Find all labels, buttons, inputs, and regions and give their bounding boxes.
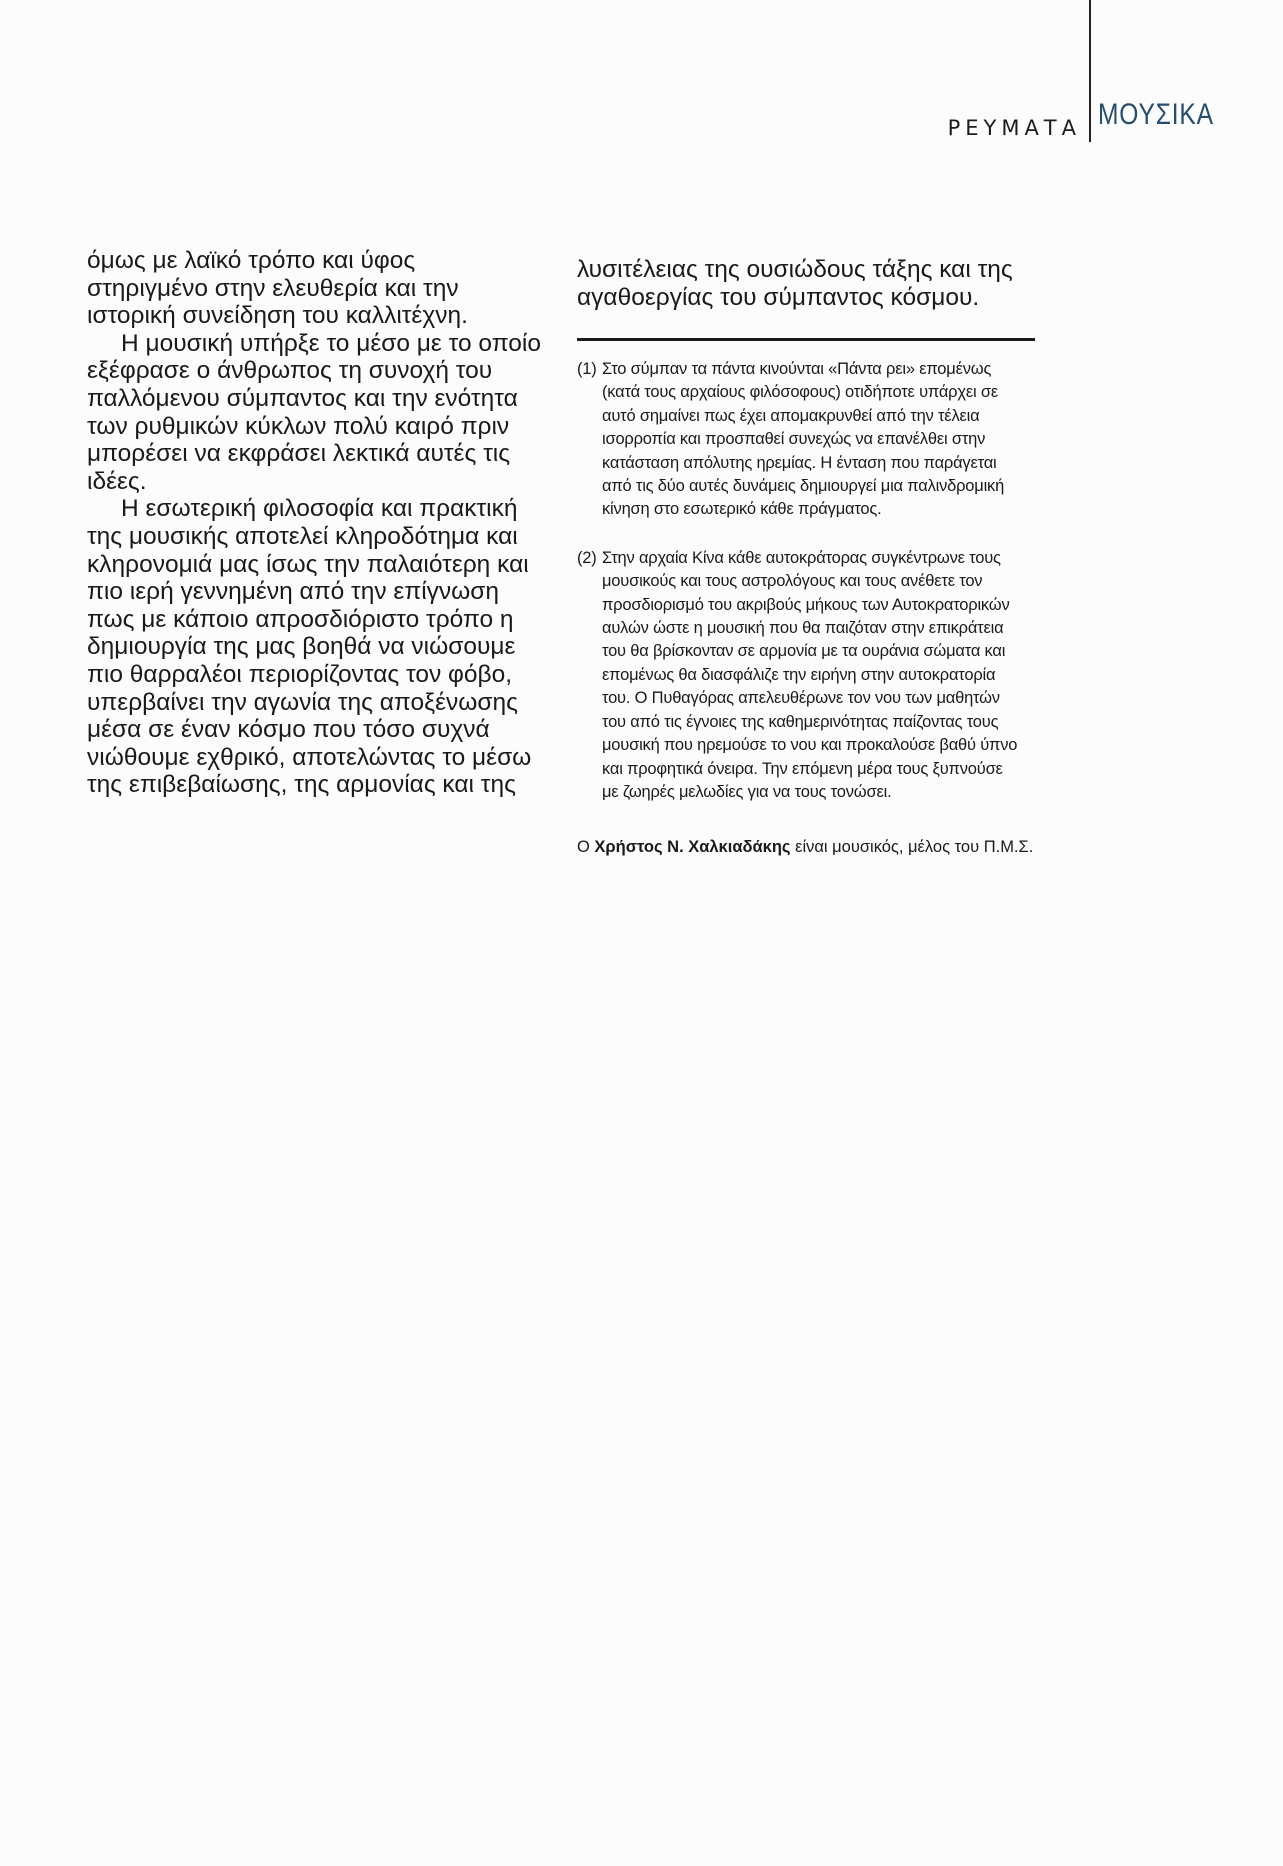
paragraph-line: υπερβαίνει την αγωνία της αποξένωσης (87, 689, 567, 717)
paragraph-line: της επιβεβαίωσης, της αρμονίας και της (87, 771, 567, 799)
footnote-number: (1) (577, 358, 602, 522)
footnote-line: του. Ο Πυθαγόρας απελευθέρωνε τον νου τω… (602, 687, 1047, 710)
footnote: (1)Στο σύμπαν τα πάντα κινούνται «Πάντα … (577, 358, 1047, 522)
paragraph-line: πιο θαρραλέοι περιορίζοντας τον φόβο, (87, 661, 567, 689)
footnote-line: Στην αρχαία Κίνα κάθε αυτοκράτορας συγκέ… (602, 547, 1047, 570)
paragraph-line: λυσιτέλειας της ουσιώδους τάξης και της (577, 256, 1037, 284)
footnote-line: και προφητικά όνειρα. Την επόμενη μέρα τ… (602, 758, 1047, 781)
footnote-line: του θα βρίσκονταν σε αρμονία με τα ουράν… (602, 640, 1047, 663)
left-column-text: όμως με λαϊκό τρόπο και ύφοςστηριγμένο σ… (87, 247, 567, 799)
paragraph-line: αγαθοεργίας του σύμπαντος κόσμου. (577, 284, 1037, 312)
paragraph-line: πιο ιερή γεννημένη από την επίγνωση (87, 578, 567, 606)
paragraph-line: ιδέες. (87, 468, 567, 496)
paragraph-line: κληρονομιά μας ίσως την παλαιότερη και (87, 551, 567, 579)
header-divider-rule (1089, 0, 1091, 142)
footnote-line: από τις δύο αυτές δυνάμεις δημιουργεί μι… (602, 475, 1047, 498)
footnotes: (1)Στο σύμπαν τα πάντα κινούνται «Πάντα … (577, 358, 1047, 829)
paragraph-line: όμως με λαϊκό τρόπο και ύφος (87, 247, 567, 275)
paragraph-line: Η μουσική υπήρξε το μέσο με το οποίο (87, 330, 567, 358)
footnote-number: (2) (577, 547, 602, 804)
paragraph-line: μπορέσει να εκφράσει λεκτικά αυτές τις (87, 440, 567, 468)
paragraph-line: δημιουργία της μας βοηθά να νιώσουμε (87, 633, 567, 661)
paragraph-line: των ρυθμικών κύκλων πολύ καιρό πριν (87, 413, 567, 441)
paragraph-line: νιώθουμε εχθρικό, αποτελώντας το μέσω (87, 744, 567, 772)
section-title: ΜΟΥΣΙΚΑ (1098, 98, 1214, 132)
section-label: ΡΕΥΜΑΤΑ (948, 116, 1081, 140)
footnote-line: αυτό σημαίνει πως έχει απομακρυνθεί από … (602, 405, 1047, 428)
footnote-divider (577, 338, 1035, 341)
footnote-line: επομένως θα διασφάλιζε την ειρήνη στην α… (602, 664, 1047, 687)
footnote-line: με ζωηρές μελωδίες για να τους τονώσει. (602, 781, 1047, 804)
paragraph-line: εξέφρασε ο άνθρωπος τη συνοχή του (87, 357, 567, 385)
author-name: Χρήστος Ν. Χαλκιαδάκης (594, 838, 790, 856)
author-note: Ο Χρήστος Ν. Χαλκιαδάκης είναι μουσικός,… (577, 836, 1057, 858)
footnote-line: ισορροπία και προσπαθεί συνεχώς να επανέ… (602, 428, 1047, 451)
paragraph-line: της μουσικής αποτελεί κληροδότημα και (87, 523, 567, 551)
paragraph-line: Η εσωτερική φιλοσοφία και πρακτική (87, 495, 567, 523)
paragraph-line: μέσα σε έναν κόσμο που τόσο συχνά (87, 716, 567, 744)
footnote: (2)Στην αρχαία Κίνα κάθε αυτοκράτορας συ… (577, 547, 1047, 804)
paragraph-line: στηριγμένο στην ελευθερία και την (87, 275, 567, 303)
footnote-line: του από τις έγνοιες της καθημερινότητας … (602, 711, 1047, 734)
footnote-line: κίνηση στο εσωτερικό κάθε πράγματος. (602, 498, 1047, 521)
footnote-line: κατάσταση απόλυτης ηρεμίας. Η ένταση που… (602, 452, 1047, 475)
paragraph-line: πως με κάποιο απροσδιόριστο τρόπο η (87, 606, 567, 634)
footnote-line: προσδιορισμό του ακριβούς μήκους των Αυτ… (602, 594, 1047, 617)
footnote-line: μουσικούς και τους αστρολόγους και τους … (602, 570, 1047, 593)
right-column-text: λυσιτέλειας της ουσιώδους τάξης και τηςα… (577, 256, 1037, 312)
paragraph-line: ιστορική συνείδηση του καλλιτέχνη. (87, 302, 567, 330)
footnote-line: Στο σύμπαν τα πάντα κινούνται «Πάντα ρει… (602, 358, 1047, 381)
author-note-prefix: Ο (577, 838, 594, 856)
footnote-line: (κατά τους αρχαίους φιλόσοφους) οτιδήποτ… (602, 381, 1047, 404)
footnote-line: μουσική που ηρεμούσε το νου και προκαλού… (602, 734, 1047, 757)
author-note-suffix: είναι μουσικός, μέλος του Π.Μ.Σ. (791, 838, 1034, 856)
footnote-line: αυλών ώστε η μουσική που θα παιζόταν στη… (602, 617, 1047, 640)
paragraph-line: παλλόμενου σύμπαντος και την ενότητα (87, 385, 567, 413)
